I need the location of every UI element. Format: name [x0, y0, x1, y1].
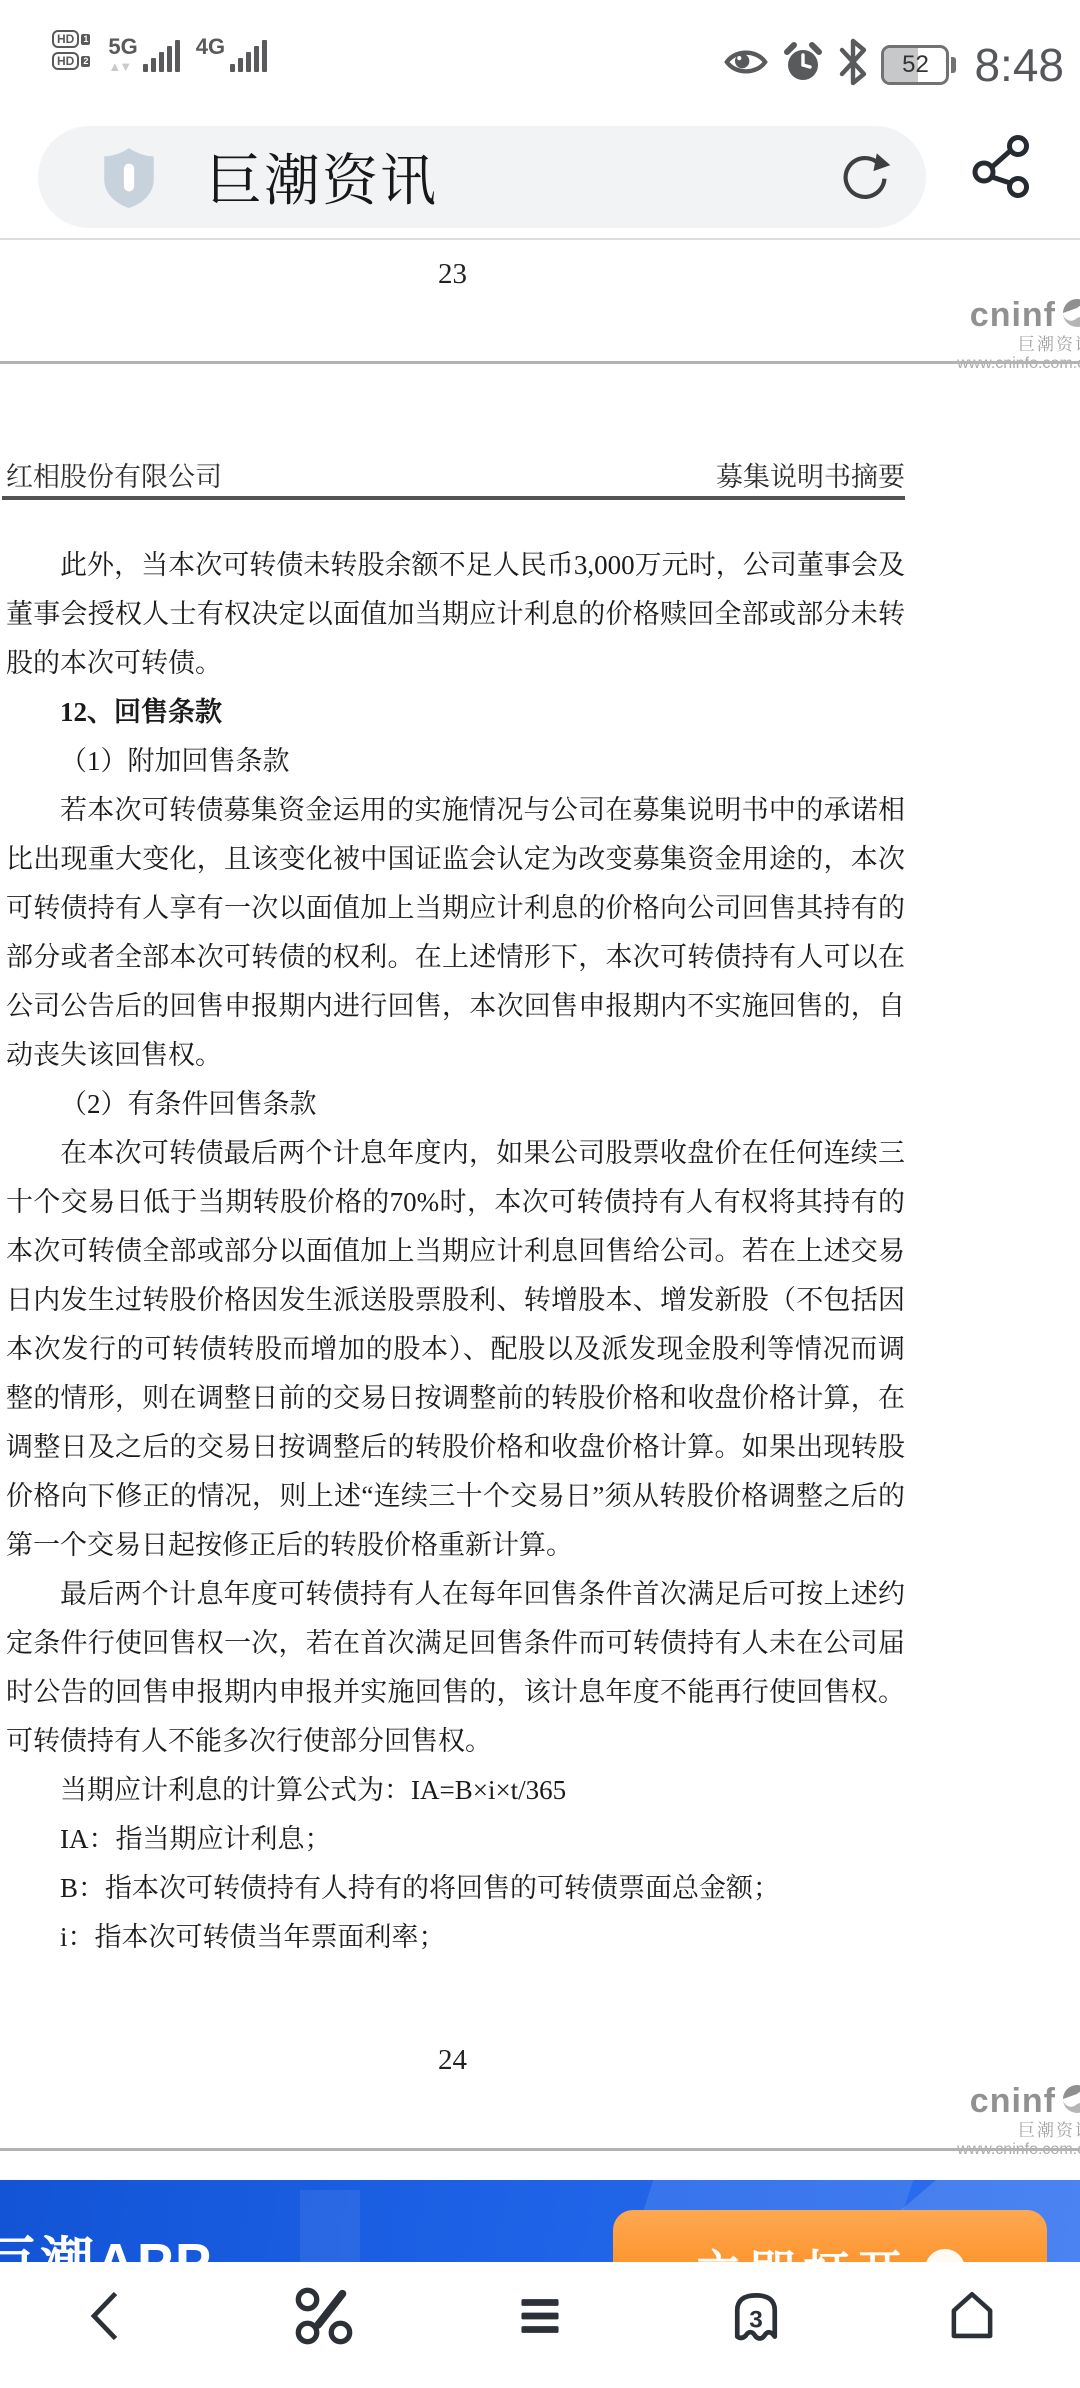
tabs-button[interactable]: 3: [724, 2284, 788, 2348]
sim2-label: 2: [81, 56, 90, 67]
browser-address-row: 巨潮资讯: [0, 92, 1080, 238]
button-arrow-circle-icon: [925, 2249, 965, 2262]
refresh-icon[interactable]: [838, 150, 892, 204]
hd-indicators: HD 1 HD 2: [52, 30, 90, 70]
cninfo-swirl-icon: [1060, 2082, 1080, 2121]
network-type-label: 5G: [108, 36, 137, 58]
page-number-24: 24: [0, 2044, 905, 2077]
network-type-label: 4G: [196, 36, 225, 58]
status-bar: HD 1 HD 2 5G ▲▼ 4G: [0, 0, 1080, 90]
tab-count: 3: [749, 2306, 763, 2333]
signal-4g: 4G: [196, 36, 267, 72]
page-number-23: 23: [0, 258, 905, 291]
status-left-cluster: HD 1 HD 2 5G ▲▼ 4G: [52, 30, 283, 72]
eye-comfort-icon: [723, 44, 769, 85]
signal-bars-icon: [230, 40, 267, 72]
sim1-label: 1: [81, 34, 90, 45]
banner-app-name: 巨潮APP: [0, 2220, 213, 2262]
back-button[interactable]: [76, 2284, 140, 2348]
banner-skyline-decor: [300, 2190, 360, 2262]
speed-dial-clover-button[interactable]: [292, 2284, 356, 2348]
battery-percent: 52: [884, 48, 946, 82]
paragraph: 若本次可转债募集资金运用的实施情况与公司在募集说明书中的承诺相比出现重大变化，且…: [6, 786, 905, 1080]
hd1-badge: HD 1: [52, 30, 90, 48]
sub-heading: （2）有条件回售条款: [6, 1080, 905, 1129]
section-heading: 12、回售条款: [6, 688, 905, 737]
paragraph: 此外，当本次可转债未转股余额不足人民币3,000万元时，公司董事会及董事会授权人…: [6, 541, 905, 688]
definition-line: B：指本次可转债持有人持有的将回售的可转债票面总金额；: [6, 1864, 905, 1913]
bluetooth-icon: [837, 36, 869, 93]
share-icon[interactable]: [972, 134, 1032, 198]
battery-indicator: 52: [881, 45, 956, 85]
browser-bottom-navbar: 3: [0, 2262, 1080, 2388]
site-favicon-shield-icon: [96, 144, 162, 210]
address-title[interactable]: 巨潮资讯: [206, 137, 438, 217]
clock-time: 8:48: [974, 38, 1064, 92]
definition-line: i：指本次可转债当年票面利率；: [6, 1913, 905, 1962]
definition-line: IA：指当期应计利息；: [6, 1815, 905, 1864]
doc-body-text: 此外，当本次可转债未转股余额不足人民币3,000万元时，公司董事会及董事会授权人…: [6, 541, 905, 1962]
menu-button[interactable]: [508, 2284, 572, 2348]
cninfo-logo-text: cninf: [970, 296, 1056, 335]
phone-screen: HD 1 HD 2 5G ▲▼ 4G: [0, 0, 1080, 2388]
battery-icon: 52: [881, 45, 949, 85]
battery-nub: [951, 57, 956, 73]
open-app-button[interactable]: 立即打开: [613, 2210, 1047, 2262]
cninfo-brand: 巨潮资讯: [957, 335, 1080, 355]
open-app-button-label: 立即打开: [695, 2236, 911, 2262]
cninfo-logo-text: cninf: [970, 2082, 1056, 2121]
cninfo-brand: 巨潮资讯: [957, 2121, 1080, 2141]
status-right-cluster: 52 8:48: [723, 36, 1064, 93]
signal-5g: 5G ▲▼: [108, 36, 179, 72]
formula-line: 当期应计利息的计算公式为：IA=B×i×t/365: [6, 1766, 905, 1815]
doc-title: 募集说明书摘要: [716, 455, 905, 494]
data-updown-icon: ▲▼: [108, 59, 130, 74]
signal-bars-icon: [143, 40, 180, 72]
alarm-icon: [781, 40, 825, 89]
sub-heading: （1）附加回售条款: [6, 737, 905, 786]
doc-running-header: 红相股份有限公司 募集说明书摘要: [6, 455, 905, 494]
chrome-divider: [0, 238, 1080, 240]
cninfo-url: www.cninfo.com.cn: [957, 355, 1080, 373]
address-bar[interactable]: 巨潮资讯: [38, 126, 926, 228]
page-separator: [0, 2148, 1080, 2151]
company-name: 红相股份有限公司: [6, 455, 222, 494]
hd2-badge: HD 2: [52, 52, 90, 70]
hd-icon: HD: [52, 30, 79, 48]
header-rule: [2, 496, 905, 500]
home-button[interactable]: [940, 2284, 1004, 2348]
cninfo-app-banner[interactable]: 巨潮APP 立即打开: [0, 2180, 1080, 2262]
cninfo-swirl-icon: [1060, 296, 1080, 335]
page-separator: [0, 361, 1080, 364]
paragraph: 最后两个计息年度可转债持有人在每年回售条件首次满足后可按上述约定条件行使回售权一…: [6, 1570, 905, 1766]
hd-icon: HD: [52, 52, 79, 70]
paragraph: 在本次可转债最后两个计息年度内，如果公司股票收盘价在任何连续三十个交易日低于当期…: [6, 1129, 905, 1570]
